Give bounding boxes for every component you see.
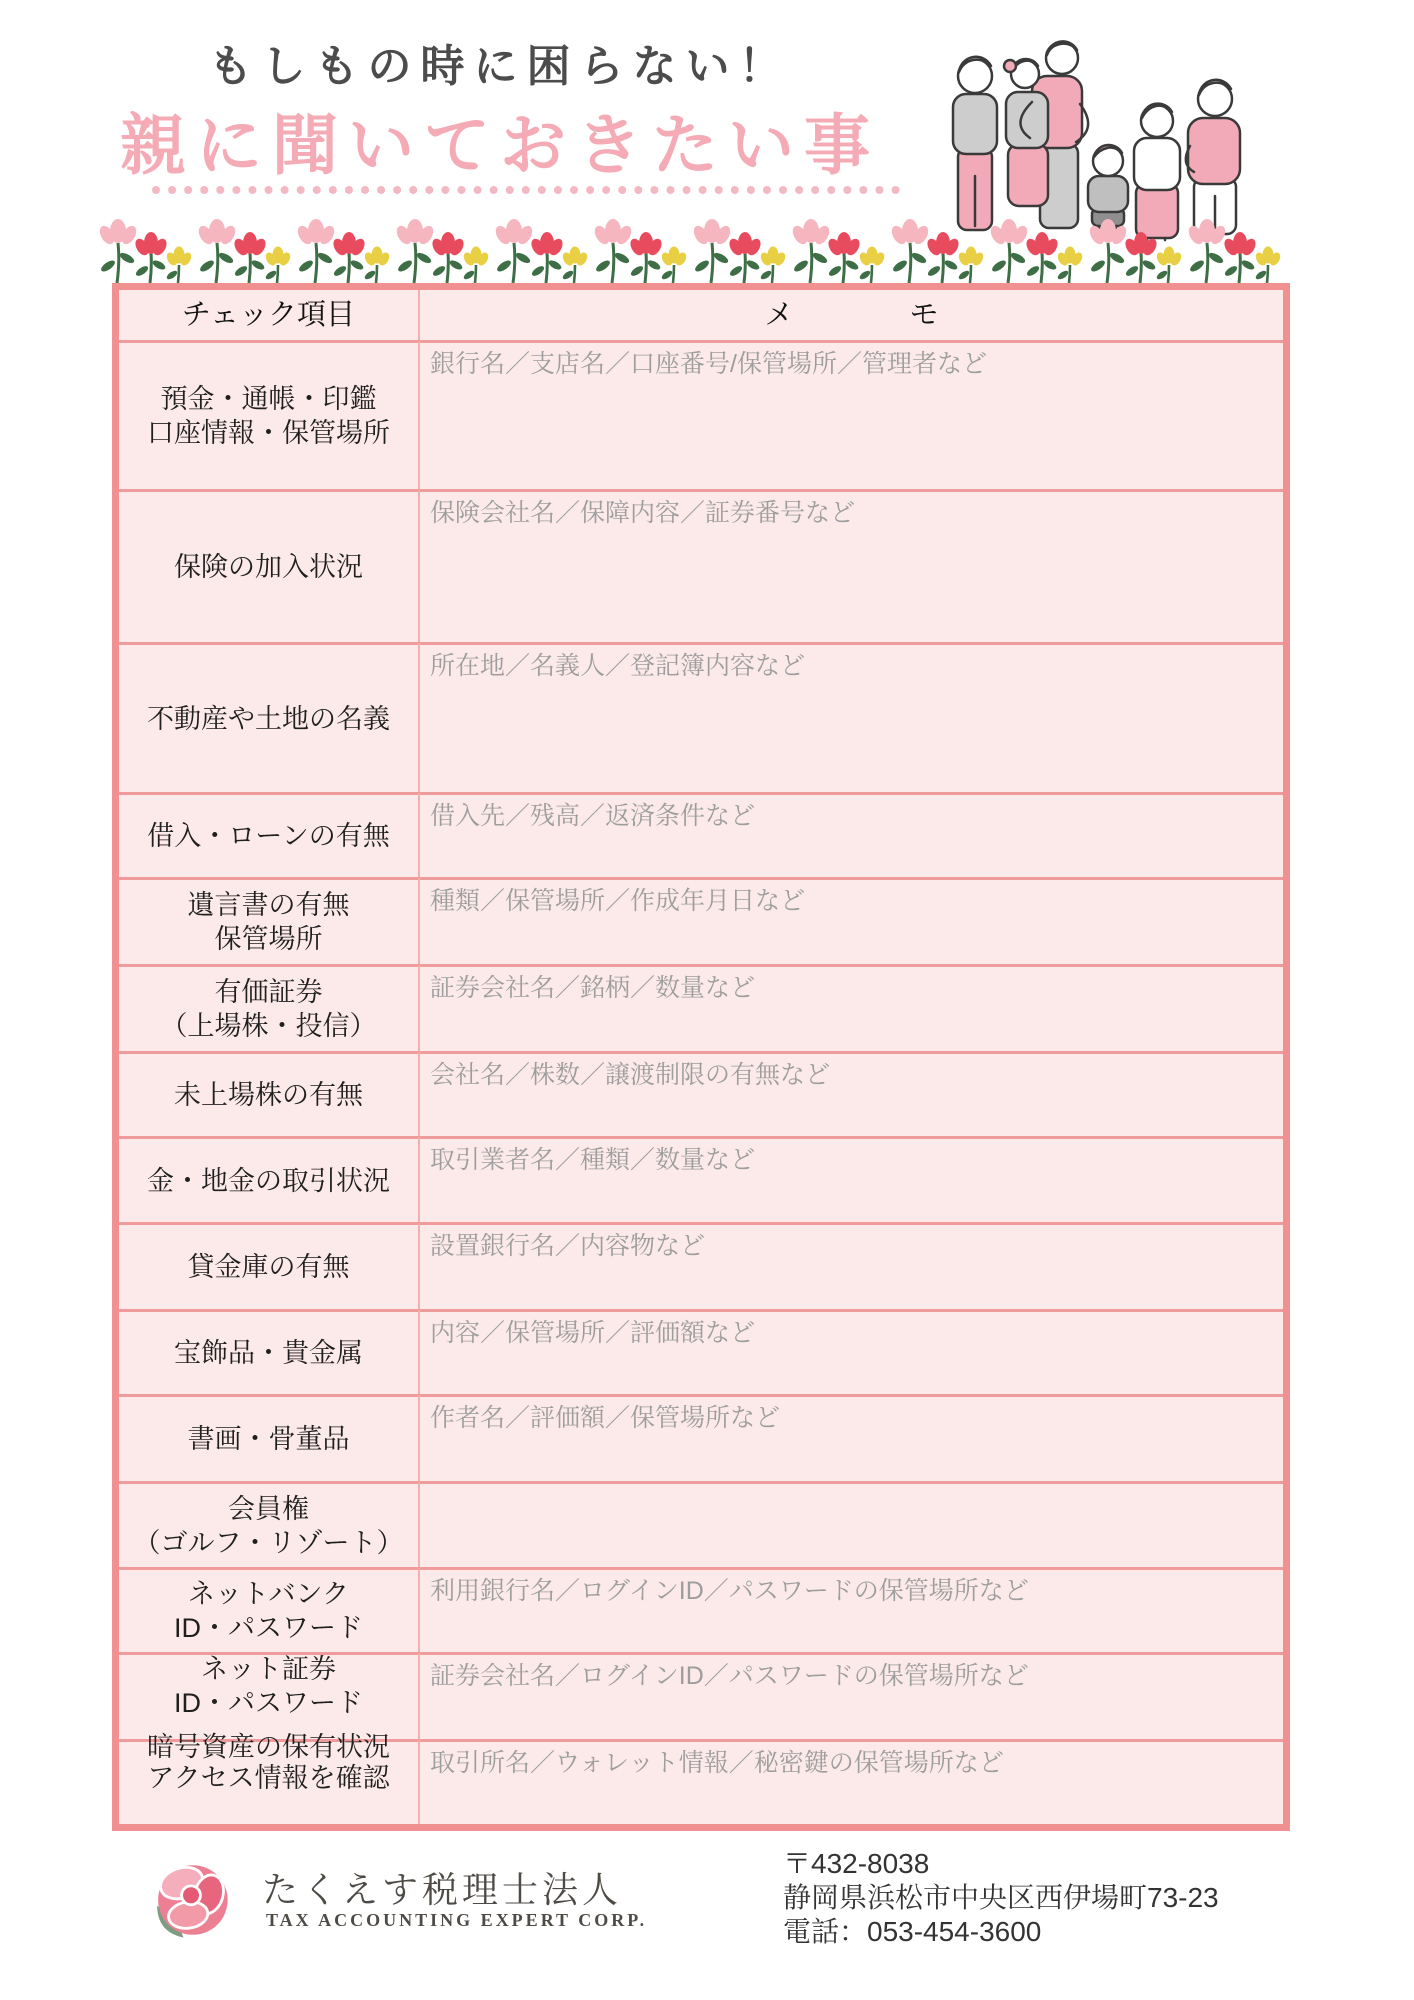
check-item-cell: 会員権 （ゴルフ・リゾート）: [119, 1481, 420, 1567]
column-header-memo: メ モ: [420, 290, 1283, 340]
memo-cell: 設置銀行名／内容物など: [420, 1222, 1283, 1309]
check-item-label: 保険の加入状況: [174, 550, 363, 584]
check-item-label: 遺言書の有無 保管場所: [188, 888, 350, 956]
memo-cell: 銀行名／支店名／口座番号/保管場所／管理者など: [420, 340, 1283, 489]
check-item-cell: 未上場株の有無: [119, 1051, 420, 1136]
rose-logo-icon: [144, 1852, 238, 1948]
memo-cell: 借入先／残高／返済条件など: [420, 792, 1283, 877]
check-item-cell: 保険の加入状況: [119, 489, 420, 642]
memo-cell: [420, 1481, 1283, 1567]
memo-cell: 所在地／名義人／登記簿内容など: [420, 642, 1283, 792]
checklist-table: チェック項目 メ モ 預金・通帳・印鑑 口座情報・保管場所 銀行名／支店名／口座…: [112, 283, 1290, 1831]
memo-cell: 内容／保管場所／評価額など: [420, 1309, 1283, 1394]
check-item-cell: ネットバンク ID・パスワード: [119, 1567, 420, 1652]
company-phone: 電話：053-454-3600: [783, 1915, 1219, 1949]
company-name: たくえす税理士法人: [262, 1862, 622, 1913]
check-item-cell: 宝飾品・貴金属: [119, 1309, 420, 1394]
check-item-label: 借入・ローンの有無: [147, 819, 389, 853]
check-item-label: 貸金庫の有無: [188, 1250, 350, 1284]
check-item-cell: 有価証券 （上場株・投信）: [119, 964, 420, 1051]
memo-cell: 種類／保管場所／作成年月日など: [420, 877, 1283, 964]
check-item-label: 宝飾品・貴金属: [174, 1336, 363, 1370]
check-item-cell: 不動産や土地の名義: [119, 642, 420, 792]
check-item-cell: 借入・ローンの有無: [119, 792, 420, 877]
page-subtitle: もしもの時に困らない！: [55, 30, 945, 94]
check-item-label: ネット証券 ID・パスワード: [174, 1652, 363, 1720]
check-item-label: 会員権 （ゴルフ・リゾート）: [134, 1492, 404, 1560]
page-title: 親に聞いておきたい事: [60, 92, 940, 187]
page: もしもの時に困らない！ 親に聞いておきたい事: [0, 0, 1414, 2000]
check-item-label: 暗号資産の保有状況 アクセス情報を確認: [147, 1732, 390, 1794]
memo-cell: 取引業者名／種類／数量など: [420, 1136, 1283, 1222]
company-name-en: TAX ACCOUNTING EXPERT CORP.: [266, 1910, 647, 1931]
check-item-label: ネットバンク ID・パスワード: [174, 1577, 363, 1645]
memo-cell: 会社名／株数／譲渡制限の有無など: [420, 1051, 1283, 1136]
company-address-block: 〒432-8038 静岡県浜松市中央区西伊場町73-23 電話：053-454-…: [783, 1847, 1219, 1949]
postal-code: 〒432-8038: [783, 1847, 1219, 1881]
column-header-item: チェック項目: [119, 290, 420, 340]
check-item-label: 未上場株の有無: [174, 1078, 363, 1112]
memo-cell: 利用銀行名／ログインID／パスワードの保管場所など: [420, 1567, 1283, 1652]
check-item-cell: 預金・通帳・印鑑 口座情報・保管場所: [119, 340, 420, 489]
check-item-label: 預金・通帳・印鑑 口座情報・保管場所: [147, 382, 390, 450]
flower-border-icon: [95, 203, 1283, 283]
memo-cell: 取引所名／ウォレット情報／秘密鍵の保管場所など: [420, 1739, 1283, 1824]
check-item-cell: ネット証券 ID・パスワード: [119, 1652, 420, 1739]
check-item-cell: 書画・骨董品: [119, 1394, 420, 1481]
check-item-label: 書画・骨董品: [188, 1422, 350, 1456]
memo-cell: 証券会社名／銘柄／数量など: [420, 964, 1283, 1051]
company-address: 静岡県浜松市中央区西伊場町73-23: [783, 1881, 1219, 1915]
check-item-label: 有価証券 （上場株・投信）: [161, 975, 377, 1043]
check-item-label: 金・地金の取引状況: [147, 1164, 390, 1198]
memo-cell: 保険会社名／保障内容／証券番号など: [420, 489, 1283, 642]
memo-cell: 証券会社名／ログインID／パスワードの保管場所など: [420, 1652, 1283, 1739]
dotted-divider: [152, 186, 900, 194]
check-item-cell: 貸金庫の有無: [119, 1222, 420, 1309]
memo-cell: 作者名／評価額／保管場所など: [420, 1394, 1283, 1481]
check-item-label: 不動産や土地の名義: [147, 702, 390, 736]
check-item-cell: 遺言書の有無 保管場所: [119, 877, 420, 964]
check-item-cell: 暗号資産の保有状況 アクセス情報を確認: [119, 1739, 420, 1824]
check-item-cell: 金・地金の取引状況: [119, 1136, 420, 1222]
